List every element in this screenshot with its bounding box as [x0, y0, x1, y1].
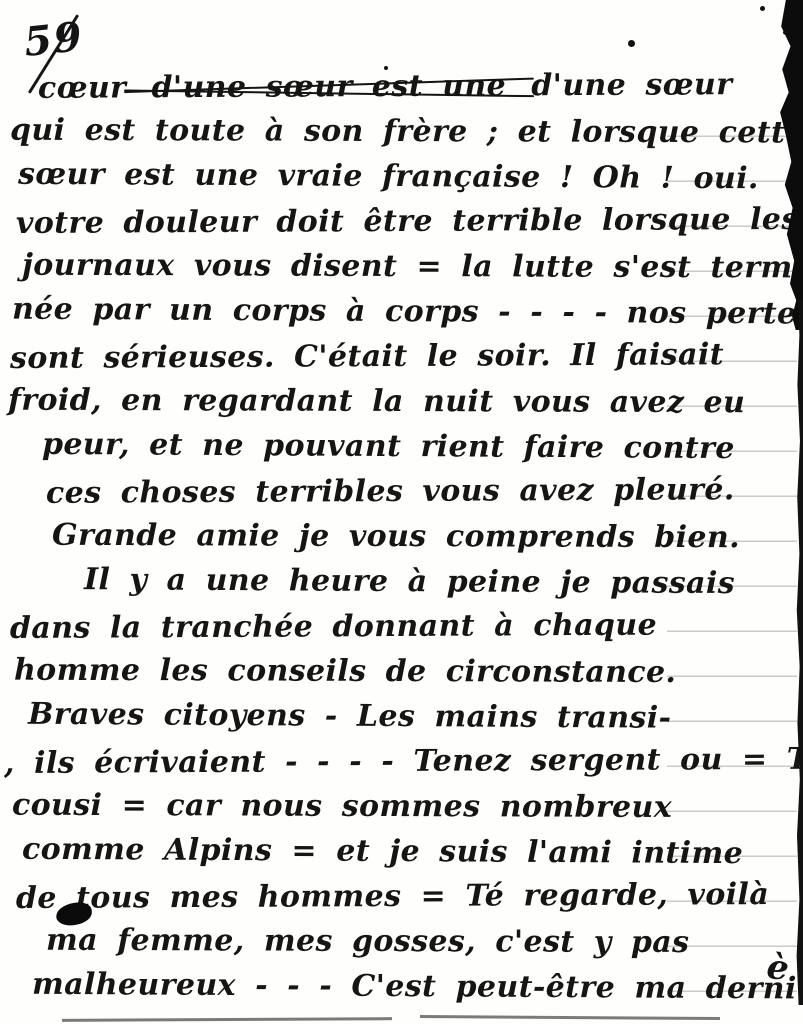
- manuscript-line: née par un corps à corps - - - - nos per…: [0, 287, 785, 337]
- manuscript-line: qui est toute à son frère ; et lorsque c…: [0, 108, 785, 156]
- manuscript-line: peur, et ne pouvant rient faire contre: [0, 422, 785, 472]
- manuscript-line: froid, en regardant la nuit vous avez eu: [0, 378, 785, 426]
- manuscript-line: malheureux - - - C'est peut-être ma dern…: [0, 962, 785, 1012]
- manuscript-line: Braves citoyens - Les mains transi-: [0, 692, 785, 742]
- bottom-scan-mark: [62, 1017, 392, 1022]
- ink-speck: [783, 30, 789, 35]
- crossed-out-words: d'une sœur est une: [145, 63, 512, 110]
- page-number: 59: [22, 13, 86, 66]
- manuscript-text: cœur d'une sœur est une d'une sœur qui e…: [0, 64, 785, 1009]
- manuscript-page: 59 cœur d'une sœur est une d'une sœur qu…: [0, 0, 803, 1024]
- manuscript-line: cousi = car nous sommes nombreux: [0, 783, 785, 831]
- ink-speck: [760, 6, 765, 11]
- manuscript-line: sœur est une vraie française ! Oh ! oui.: [0, 152, 785, 202]
- bottom-scan-mark: [420, 1015, 720, 1020]
- manuscript-line: , ils écrivaient - - - - Tenez sergent o…: [0, 737, 785, 786]
- manuscript-line: cœur d'une sœur est une d'une sœur: [0, 62, 785, 111]
- manuscript-line: de tous mes hommes = Té regarde, voilà: [0, 872, 785, 921]
- manuscript-line: ces choses terribles vous avez pleuré.: [0, 467, 785, 516]
- manuscript-line: ma femme, mes gosses, c'est y pas: [0, 918, 785, 966]
- manuscript-line: comme Alpins = et je suis l'ami intime: [0, 827, 785, 877]
- manuscript-line: Grande amie je vous comprends bien.: [0, 513, 785, 561]
- scan-edge-line: [795, 300, 803, 1005]
- ink-speck: [384, 66, 388, 70]
- manuscript-line: Il y a une heure à peine je passais: [0, 557, 785, 607]
- manuscript-line: votre douleur doit être terrible lorsque…: [0, 197, 785, 246]
- line1-pre: cœur: [38, 70, 127, 105]
- manuscript-line: homme les conseils de circonstance.: [0, 648, 785, 696]
- manuscript-line: journaux vous disent = la lutte s'est te…: [0, 243, 785, 291]
- line1-post: d'une sœur: [531, 67, 732, 103]
- manuscript-line: dans la tranchée donnant à chaque: [0, 602, 785, 651]
- manuscript-line: sont sérieuses. C'était le soir. Il fais…: [0, 332, 785, 381]
- ink-speck: [628, 40, 635, 47]
